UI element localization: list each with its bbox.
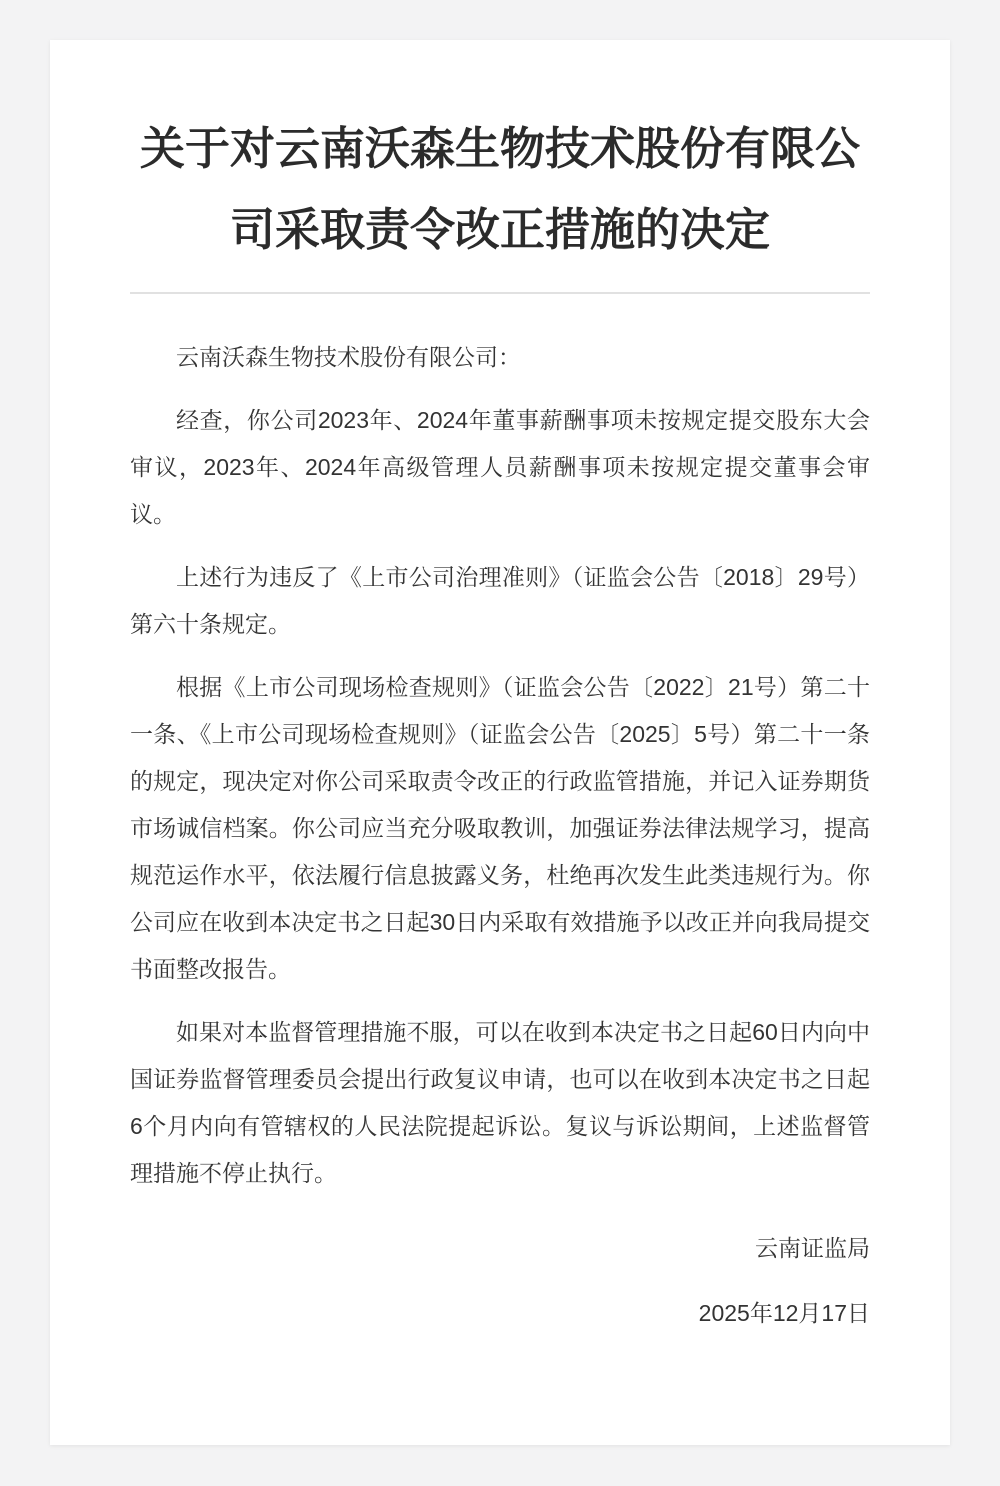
document-footer: 云南证监局 2025年12月17日	[130, 1225, 870, 1337]
document-title: 关于对云南沃森生物技术股份有限公司采取责令改正措施的决定	[130, 108, 870, 270]
paragraph-appeal-rights: 如果对本监督管理措施不服，可以在收到本决定书之日起60日内向中国证券监督管理委员…	[130, 1009, 870, 1197]
paragraph-decision: 根据《上市公司现场检查规则》（证监会公告〔2022〕21号）第二十一条、《上市公…	[130, 664, 870, 993]
paragraph-findings: 经查，你公司2023年、2024年董事薪酬事项未按规定提交股东大会审议，2023…	[130, 397, 870, 538]
title-divider	[130, 292, 870, 294]
document-body: 云南沃森生物技术股份有限公司： 经查，你公司2023年、2024年董事薪酬事项未…	[130, 334, 870, 1197]
issue-date: 2025年12月17日	[130, 1290, 870, 1337]
paragraph-violation: 上述行为违反了《上市公司治理准则》（证监会公告〔2018〕29号）第六十条规定。	[130, 554, 870, 648]
issuer-signature: 云南证监局	[130, 1225, 870, 1272]
document-card: 关于对云南沃森生物技术股份有限公司采取责令改正措施的决定 云南沃森生物技术股份有…	[50, 40, 950, 1445]
salutation-line: 云南沃森生物技术股份有限公司：	[130, 334, 870, 381]
page-background: 关于对云南沃森生物技术股份有限公司采取责令改正措施的决定 云南沃森生物技术股份有…	[0, 0, 1000, 1486]
